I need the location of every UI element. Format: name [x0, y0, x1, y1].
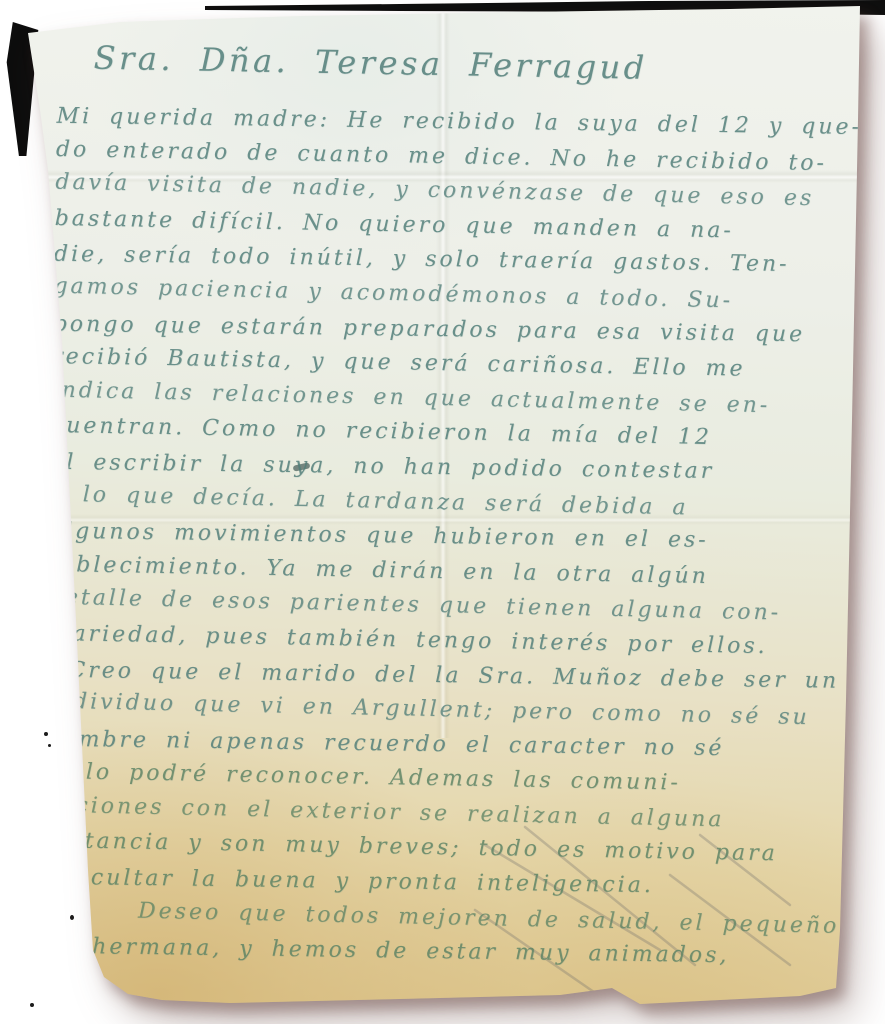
- letter-recipient: Sra. Dña. Teresa Ferragud: [93, 39, 848, 91]
- letter-paper: Sra. Dña. Teresa Ferragud Mi querida mad…: [0, 0, 885, 1024]
- photographed-letter: Sra. Dña. Teresa Ferragud Mi querida mad…: [0, 0, 885, 1024]
- letter-text: Sra. Dña. Teresa Ferragud Mi querida mad…: [41, 38, 848, 981]
- letter-paper-shadow: Sra. Dña. Teresa Ferragud Mi querida mad…: [0, 0, 885, 1024]
- letter-body: Mi querida madre: He recibido la suya de…: [41, 102, 847, 981]
